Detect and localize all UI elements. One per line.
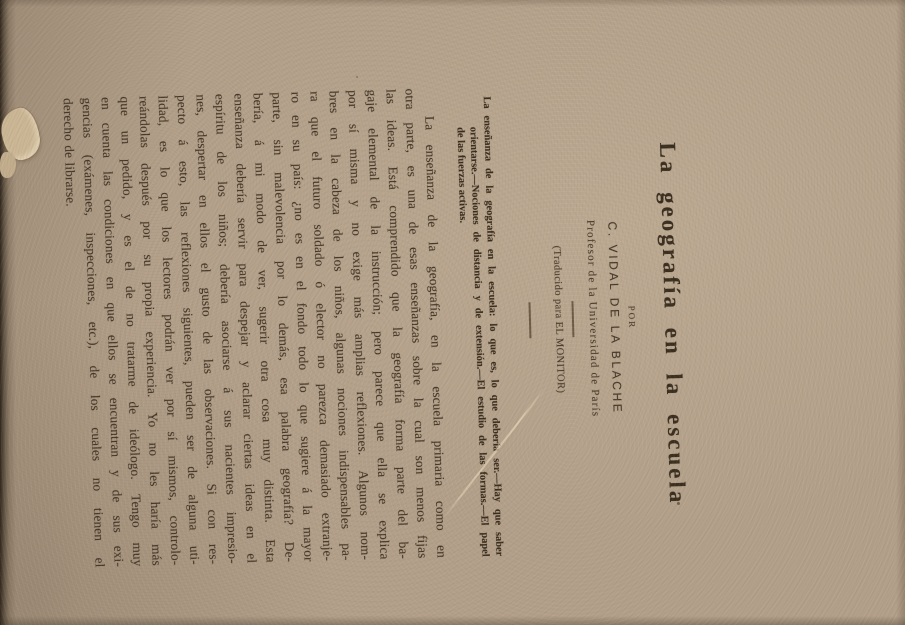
article-title: La geografía en la escuela	[652, 81, 691, 552]
article-body: La enseñanza de la geografía, en la escu…	[59, 88, 452, 568]
translation-note: (Traducido para EL MONITOR)	[546, 84, 570, 554]
rotated-page-content: La geografía en la escuela POR C. VIDAL …	[0, 0, 905, 625]
separator-rule-bottom	[529, 302, 532, 338]
ink-speck	[677, 502, 680, 505]
ink-speck	[356, 76, 358, 78]
article-summary: La enseñanza de la geografía en la escue…	[452, 86, 506, 557]
scanned-page: La geografía en la escuela POR C. VIDAL …	[0, 0, 905, 625]
author-affiliation: Profesor de la Universidad de París	[580, 83, 605, 553]
separator-rule-top	[572, 301, 575, 337]
text-block: La geografía en la escuela POR C. VIDAL …	[0, 75, 905, 570]
